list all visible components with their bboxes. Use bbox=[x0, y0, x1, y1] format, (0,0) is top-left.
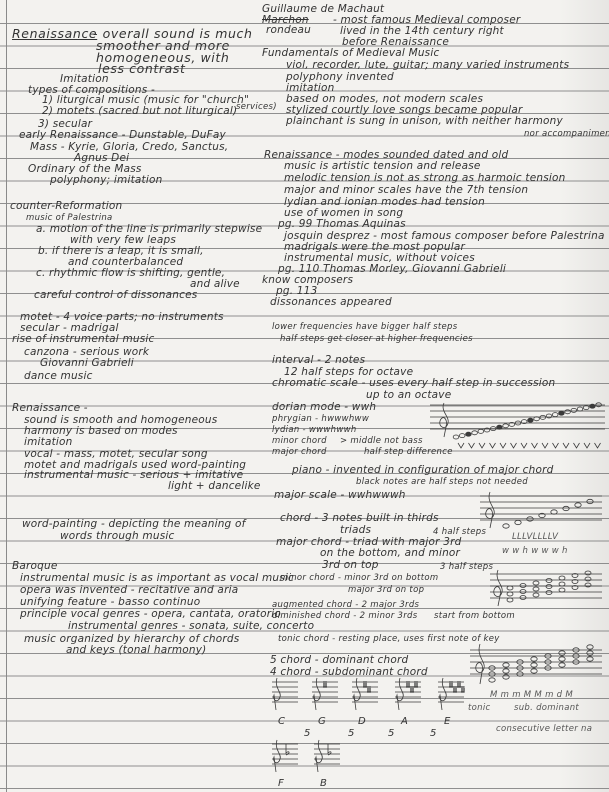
tonic-label: tonic bbox=[468, 703, 490, 714]
minor-chord-def: minor chord - minor 3rd on bottom bbox=[280, 573, 438, 584]
rise-instrumental: rise of instrumental music bbox=[12, 334, 154, 345]
diatonic-chords-staff bbox=[470, 644, 605, 690]
modes-line: music is artistic tension and release bbox=[284, 161, 481, 172]
svg-text:B: B bbox=[320, 778, 327, 789]
treble-clef-icon bbox=[486, 492, 495, 528]
augmented-chord: augmented chord - 2 major 3rds bbox=[272, 600, 419, 611]
major-chord: major chord bbox=[272, 447, 327, 458]
triad-staff bbox=[490, 572, 605, 608]
svg-text:5: 5 bbox=[430, 728, 436, 739]
tonic-chord: tonic chord - resting place, uses first … bbox=[278, 634, 500, 645]
subdominant-label: sub. dominant bbox=[514, 703, 579, 714]
four-chord: 4 chord - subdominant chord bbox=[270, 667, 428, 678]
piano-def2: black notes are half steps not needed bbox=[356, 477, 528, 488]
major-scale: major scale - wwhwwwh bbox=[274, 490, 406, 501]
start-from-bottom: start from bottom bbox=[434, 611, 515, 622]
counter-reformation-heading: counter-Reformation bbox=[10, 201, 122, 212]
dance-music: dance music bbox=[24, 371, 93, 382]
mass-parts: Mass - Kyrie, Gloria, Credo, Sanctus, bbox=[30, 142, 228, 153]
type-item: 2) motets (sacred but not liturgical) bbox=[42, 106, 237, 117]
key-signature-staves: CGDAE5555 FB bbox=[270, 680, 470, 792]
svg-text:A: A bbox=[400, 716, 408, 727]
triads: triads bbox=[340, 525, 371, 536]
baroque-heading: Baroque bbox=[12, 561, 58, 572]
renaissance-heading: Renaissance bbox=[12, 28, 97, 39]
lydian-mode: lydian - wwwhwwh bbox=[272, 425, 357, 436]
interval-def: interval - 2 notes bbox=[272, 355, 365, 366]
minor-chord: minor chord bbox=[272, 436, 327, 447]
piano-def: piano - invented in configuration of maj… bbox=[292, 465, 554, 476]
phrygian-mode: phrygian - hwwwhww bbox=[272, 414, 369, 425]
baroque-line: principle vocal genres - opera, cantata,… bbox=[20, 609, 281, 620]
types-note: services) bbox=[236, 102, 277, 113]
baroque-line: unifying feature - basso continuo bbox=[20, 597, 200, 608]
word-painting-def2: words through music bbox=[60, 531, 174, 542]
scale-steps: w w h w w w h bbox=[502, 546, 568, 557]
baroque-line: instrumental music is as important as vo… bbox=[20, 573, 294, 584]
rondeau: rondeau bbox=[266, 25, 311, 36]
svg-text:G: G bbox=[318, 716, 326, 727]
medieval-line: plainchant is sung in unison, with neith… bbox=[286, 116, 563, 127]
renaissance-summary-heading: Renaissance - bbox=[12, 403, 88, 414]
modes-line: melodic tension is not as strong as harm… bbox=[284, 173, 565, 184]
consecutive-note: consecutive letter na bbox=[496, 724, 592, 735]
medieval-heading: Fundamentals of Medieval Music bbox=[262, 48, 439, 59]
dissonance-control: careful control of dissonances bbox=[34, 290, 197, 301]
chord-note: > middle not bass bbox=[340, 436, 423, 447]
frequencies-line: lower frequencies have bigger half steps bbox=[272, 322, 457, 333]
frequencies-line: half steps get closer at higher frequenc… bbox=[280, 334, 473, 345]
baroque-instrumental: instrumental genres - sonata, suite, con… bbox=[68, 621, 314, 632]
chromatic-def: chromatic scale - uses every half step i… bbox=[272, 378, 555, 389]
chromatic-def2: up to an octave bbox=[366, 390, 451, 401]
word-painting-def: word-painting - depicting the meaning of bbox=[22, 519, 246, 530]
dissonances: dissonances appeared bbox=[270, 297, 392, 308]
svg-text:F: F bbox=[278, 778, 284, 789]
major-chord-def: 3rd on top bbox=[322, 560, 379, 571]
light-dancelike: light + dancelike bbox=[168, 481, 261, 492]
medieval-tail: nor accompaniment bbox=[524, 129, 609, 140]
gabrieli: Giovanni Gabrieli bbox=[40, 358, 134, 369]
major-chord-def: on the bottom, and minor bbox=[320, 548, 460, 559]
margin-line bbox=[6, 0, 7, 792]
svg-text:5: 5 bbox=[388, 728, 394, 739]
medieval-line: viol, recorder, lute, guitar; many varie… bbox=[286, 60, 569, 71]
diminished-chord: diminished chord - 2 minor 3rds bbox=[272, 611, 417, 622]
dorian-mode: dorian mode - wwh bbox=[272, 402, 376, 413]
chord-def: chord - 3 notes built in thirds bbox=[280, 513, 439, 524]
palestrina-c2: and alive bbox=[190, 279, 240, 290]
chord-qualities: M m m M M m d M bbox=[490, 690, 573, 701]
minor-chord-def2: major 3rd on top bbox=[348, 585, 424, 596]
svg-text:5: 5 bbox=[304, 728, 310, 739]
five-chord: 5 chord - dominant chord bbox=[270, 655, 408, 666]
pg99: pg. 99 Thomas Aquinas bbox=[278, 219, 406, 230]
renaissance-line: less contrast bbox=[98, 63, 186, 74]
treble-clef-icon bbox=[440, 403, 449, 437]
three-half-steps: 3 half steps bbox=[440, 562, 493, 573]
svg-text:5: 5 bbox=[348, 728, 354, 739]
svg-text:D: D bbox=[358, 716, 366, 727]
treble-clef-icon bbox=[494, 570, 503, 606]
polyphony-imitation: polyphony; imitation bbox=[50, 175, 162, 186]
svg-text:C: C bbox=[278, 716, 285, 727]
major-scale-staff bbox=[480, 494, 605, 534]
modes-line: major and minor scales have the 7th tens… bbox=[284, 185, 528, 196]
baroque-line: opera was invented - recitative and aria bbox=[20, 585, 238, 596]
baroque-keys: and keys (tonal harmony) bbox=[66, 645, 206, 656]
early-renaissance: early Renaissance - Dunstable, DuFay bbox=[19, 130, 226, 141]
svg-text:E: E bbox=[444, 716, 451, 727]
summary-line: imitation bbox=[24, 437, 73, 448]
chromatic-scale-staff bbox=[430, 403, 609, 453]
